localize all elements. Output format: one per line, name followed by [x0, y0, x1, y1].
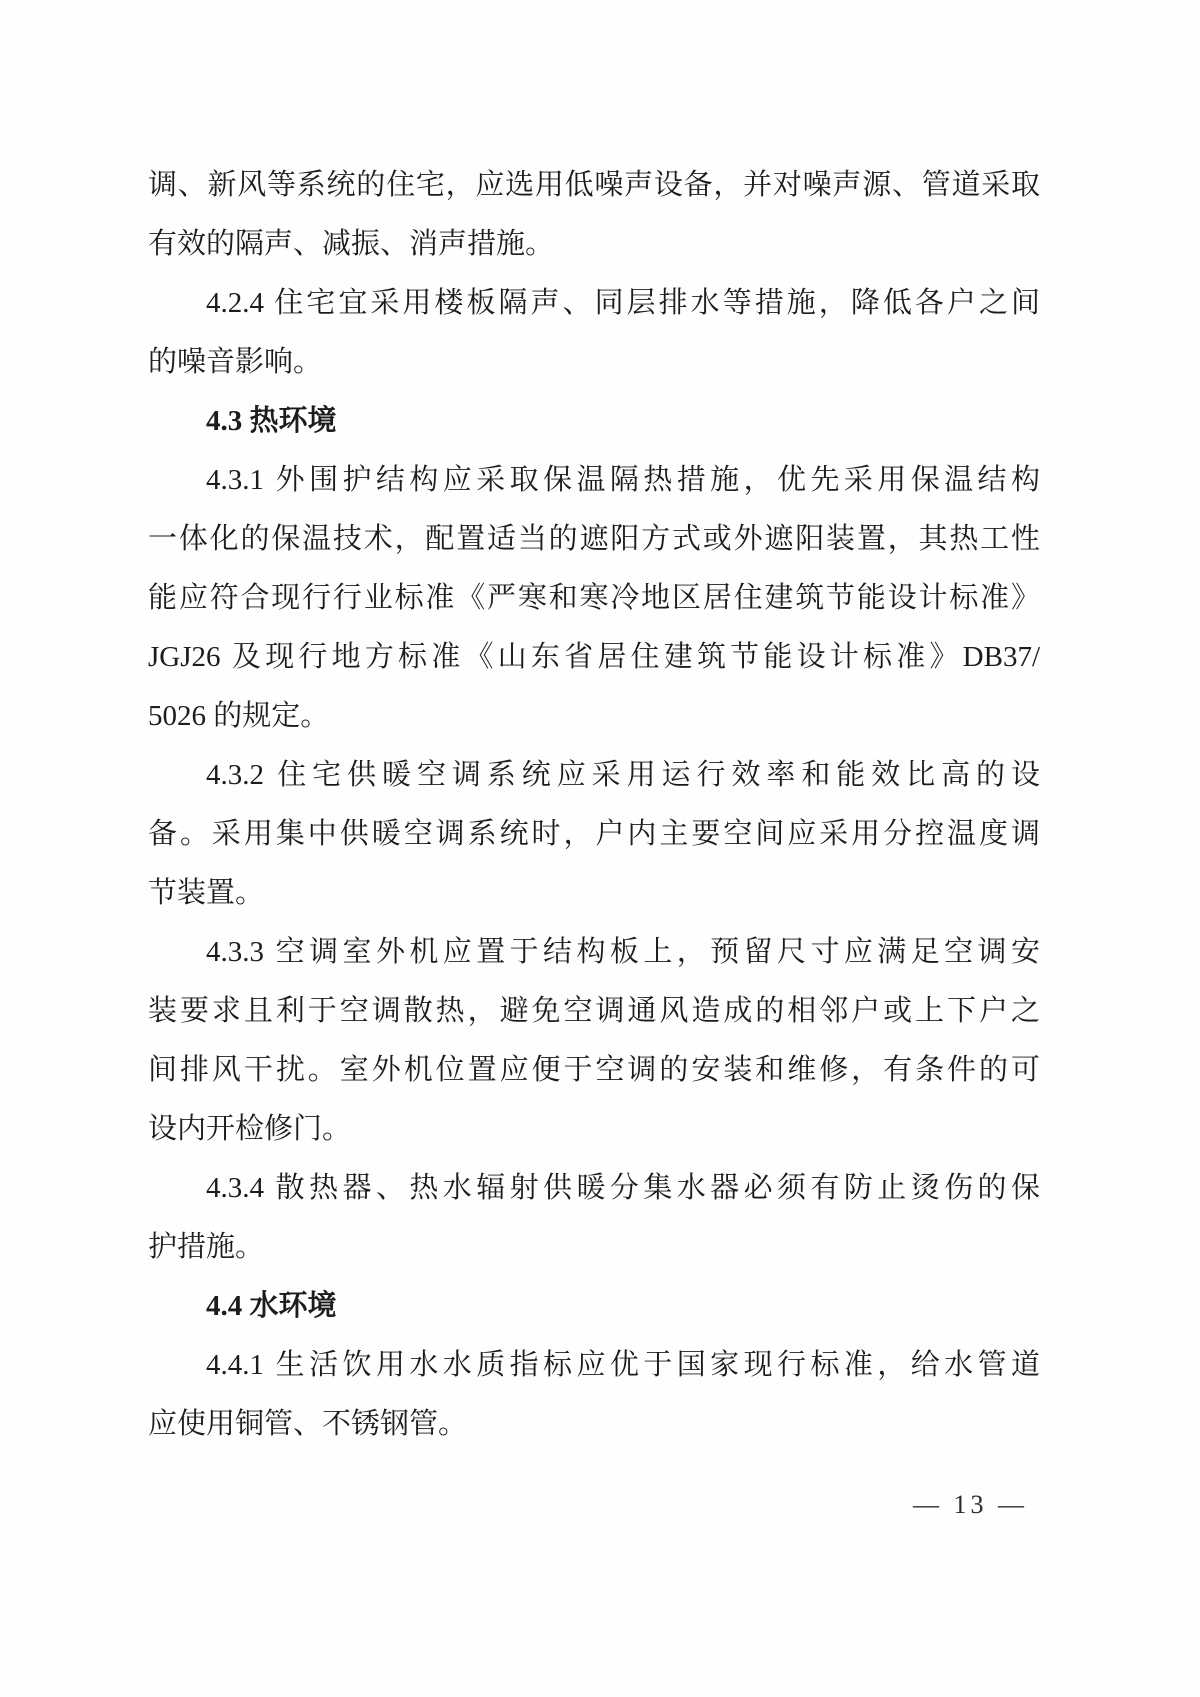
- document-page: 调、新风等系统的住宅，应选用低噪声设备，并对噪声源、管道采取 有效的隔声、减振、…: [0, 0, 1200, 1697]
- section-heading-4-4: 4.4 水环境: [148, 1277, 1040, 1336]
- text-line: 调、新风等系统的住宅，应选用低噪声设备，并对噪声源、管道采取: [148, 156, 1040, 215]
- clause-4-3-2-line: 4.3.2 住宅供暖空调系统应采用运行效率和能效比高的设: [148, 746, 1040, 805]
- clause-4-3-3-line: 4.3.3 空调室外机应置于结构板上，预留尺寸应满足空调安: [148, 923, 1040, 982]
- section-heading-4-3: 4.3 热环境: [148, 392, 1040, 451]
- text-line: 的噪音影响。: [148, 333, 1040, 392]
- text-line: 间排风干扰。室外机位置应便于空调的安装和维修，有条件的可: [148, 1041, 1040, 1100]
- text-line: 应使用铜管、不锈钢管。: [148, 1395, 1040, 1454]
- clause-4-4-1-line: 4.4.1 生活饮用水水质指标应优于国家现行标准，给水管道: [148, 1336, 1040, 1395]
- text-line: 装要求且利于空调散热，避免空调通风造成的相邻户或上下户之: [148, 982, 1040, 1041]
- text-block: 调、新风等系统的住宅，应选用低噪声设备，并对噪声源、管道采取 有效的隔声、减振、…: [148, 156, 1040, 1454]
- text-line: 有效的隔声、减振、消声措施。: [148, 215, 1040, 274]
- text-line: 备。采用集中供暖空调系统时，户内主要空间应采用分控温度调: [148, 805, 1040, 864]
- text-line: 节装置。: [148, 864, 1040, 923]
- text-line: 护措施。: [148, 1218, 1040, 1277]
- clause-4-3-1-line: 4.3.1 外围护结构应采取保温隔热措施，优先采用保温结构: [148, 451, 1040, 510]
- text-line: 设内开检修门。: [148, 1100, 1040, 1159]
- text-line: 5026 的规定。: [148, 687, 1040, 746]
- clause-4-3-4-line: 4.3.4 散热器、热水辐射供暖分集水器必须有防止烫伤的保: [148, 1159, 1040, 1218]
- clause-4-2-4-line: 4.2.4 住宅宜采用楼板隔声、同层排水等措施，降低各户之间: [148, 274, 1040, 333]
- text-line: 能应符合现行行业标准《严寒和寒冷地区居住建筑节能设计标准》: [148, 569, 1040, 628]
- text-line: 一体化的保温技术，配置适当的遮阳方式或外遮阳装置，其热工性: [148, 510, 1040, 569]
- page-number: — 13 —: [898, 1490, 1043, 1520]
- text-line: JGJ26 及现行地方标准《山东省居住建筑节能设计标准》DB37/: [148, 628, 1040, 687]
